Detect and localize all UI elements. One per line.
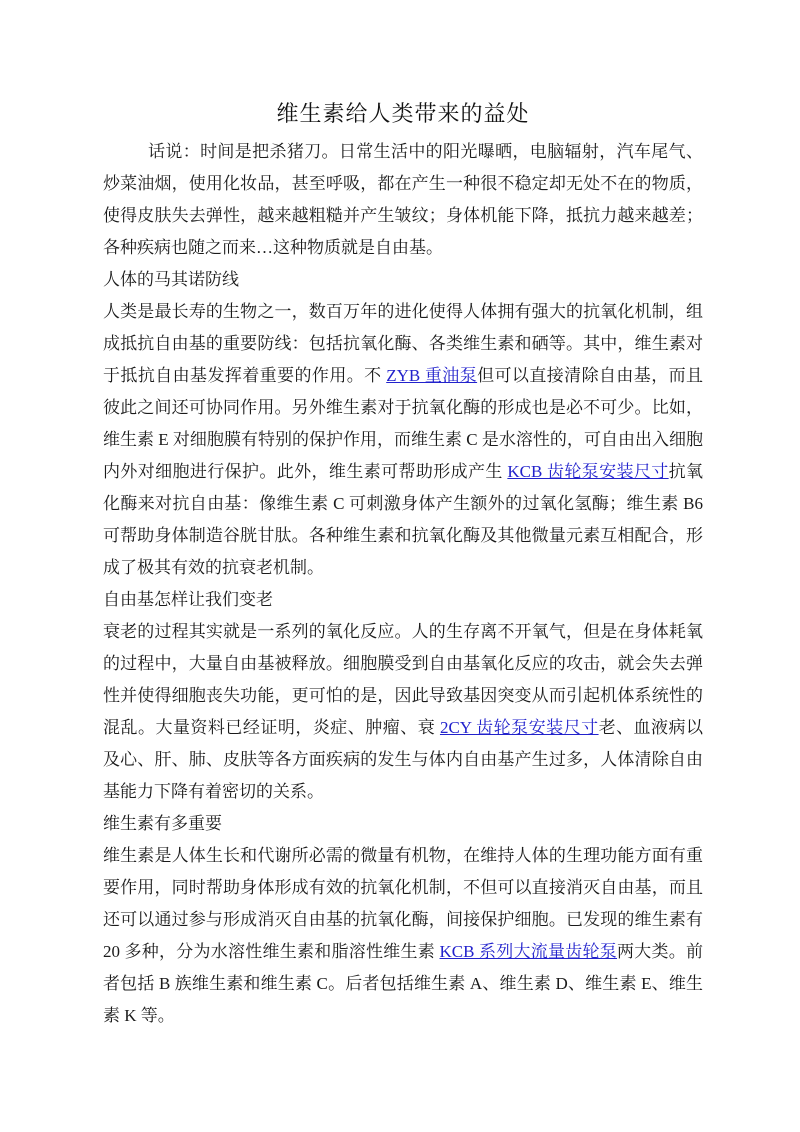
- paragraph: 话说：时间是把杀猪刀。日常生活中的阳光曝晒，电脑辐射，汽车尾气、炒菜油烟，使用化…: [103, 136, 703, 264]
- paragraph: 维生素是人体生长和代谢所必需的微量有机物，在维持人体的生理功能方面有重要作用，同…: [103, 840, 703, 1032]
- inline-link[interactable]: KCB 齿轮泵安装尺寸: [507, 462, 668, 481]
- text-run: 话说：时间是把杀猪刀。日常生活中的阳光曝晒，电脑辐射，汽车尾气、炒菜油烟，使用化…: [103, 142, 703, 257]
- text-run: 自由基怎样让我们变老: [103, 590, 273, 609]
- paragraph: 衰老的过程其实就是一系列的氧化反应。人的生存离不开氧气，但是在身体耗氧的过程中，…: [103, 616, 703, 808]
- inline-link[interactable]: ZYB 重油泵: [386, 366, 477, 385]
- text-run: 人体的马其诺防线: [103, 270, 239, 289]
- section-heading: 自由基怎样让我们变老: [103, 584, 703, 616]
- paragraph: 人类是最长寿的生物之一，数百万年的进化使得人体拥有强大的抗氧化机制，组成抵抗自由…: [103, 296, 703, 584]
- document-title: 维生素给人类带来的益处: [103, 100, 703, 128]
- document-content: 维生素给人类带来的益处 话说：时间是把杀猪刀。日常生活中的阳光曝晒，电脑辐射，汽…: [103, 100, 703, 1032]
- section-heading: 维生素有多重要: [103, 808, 703, 840]
- section-heading: 人体的马其诺防线: [103, 264, 703, 296]
- inline-link[interactable]: KCB 系列大流量齿轮泵: [440, 942, 617, 961]
- inline-link[interactable]: 2CY 齿轮泵安装尺寸: [440, 718, 599, 737]
- text-run: 维生素有多重要: [103, 814, 222, 833]
- document-body: 话说：时间是把杀猪刀。日常生活中的阳光曝晒，电脑辐射，汽车尾气、炒菜油烟，使用化…: [103, 136, 703, 1032]
- document-page: 维生素给人类带来的益处 话说：时间是把杀猪刀。日常生活中的阳光曝晒，电脑辐射，汽…: [0, 0, 800, 1132]
